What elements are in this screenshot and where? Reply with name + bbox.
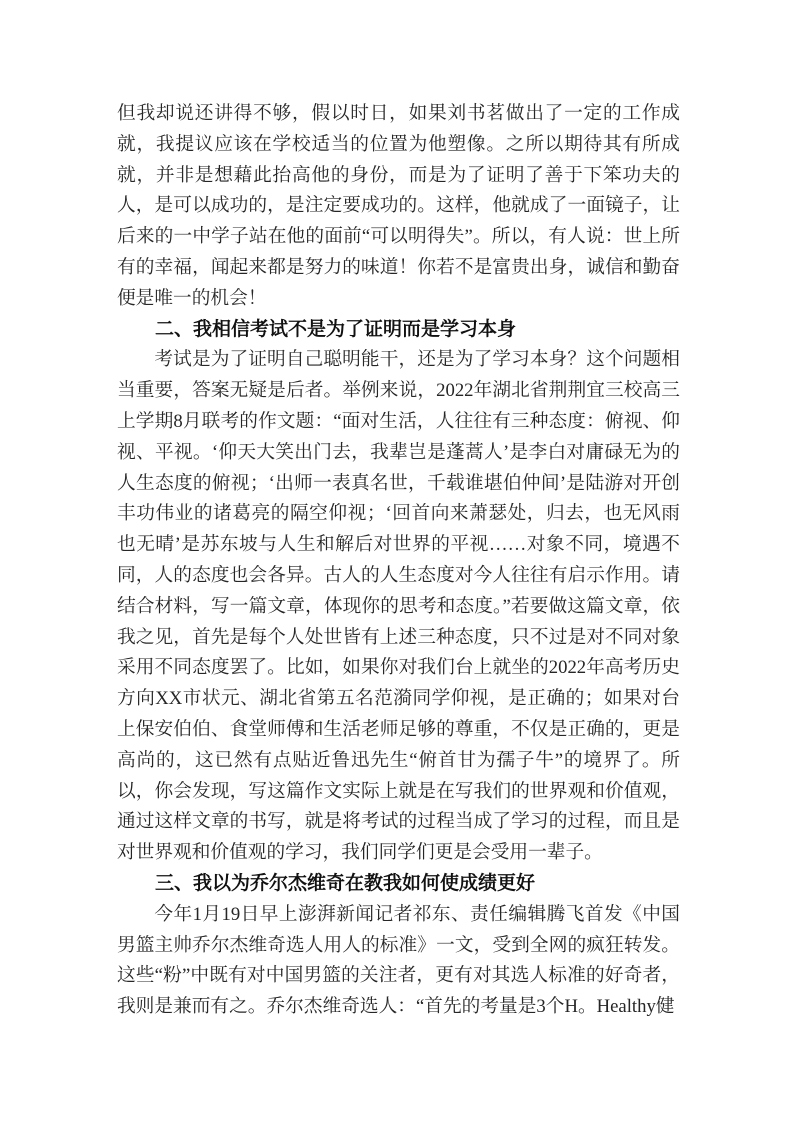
document-body: 但我却说还讲得不够，假以时日，如果刘书茗做出了一定的工作成就，我提议应该在学校适… — [117, 99, 680, 1023]
paragraph-section-three: 今年1月19日早上澎湃新闻记者祁东、责任编辑腾飞首发《中国男篮主帅乔尔杰维奇选人… — [117, 900, 680, 1023]
paragraph-continuation: 但我却说还讲得不够，假以时日，如果刘书茗做出了一定的工作成就，我提议应该在学校适… — [117, 99, 680, 315]
section-heading-two: 二、我相信考试不是为了证明而是学习本身 — [117, 315, 680, 346]
paragraph-section-two: 考试是为了证明自己聪明能干，还是为了学习本身？这个问题相当重要，答案无疑是后者。… — [117, 345, 680, 869]
section-heading-three: 三、我以为乔尔杰维奇在教我如何使成绩更好 — [117, 869, 680, 900]
document-page: 但我却说还讲得不够，假以时日，如果刘书茗做出了一定的工作成就，我提议应该在学校适… — [0, 0, 793, 1122]
